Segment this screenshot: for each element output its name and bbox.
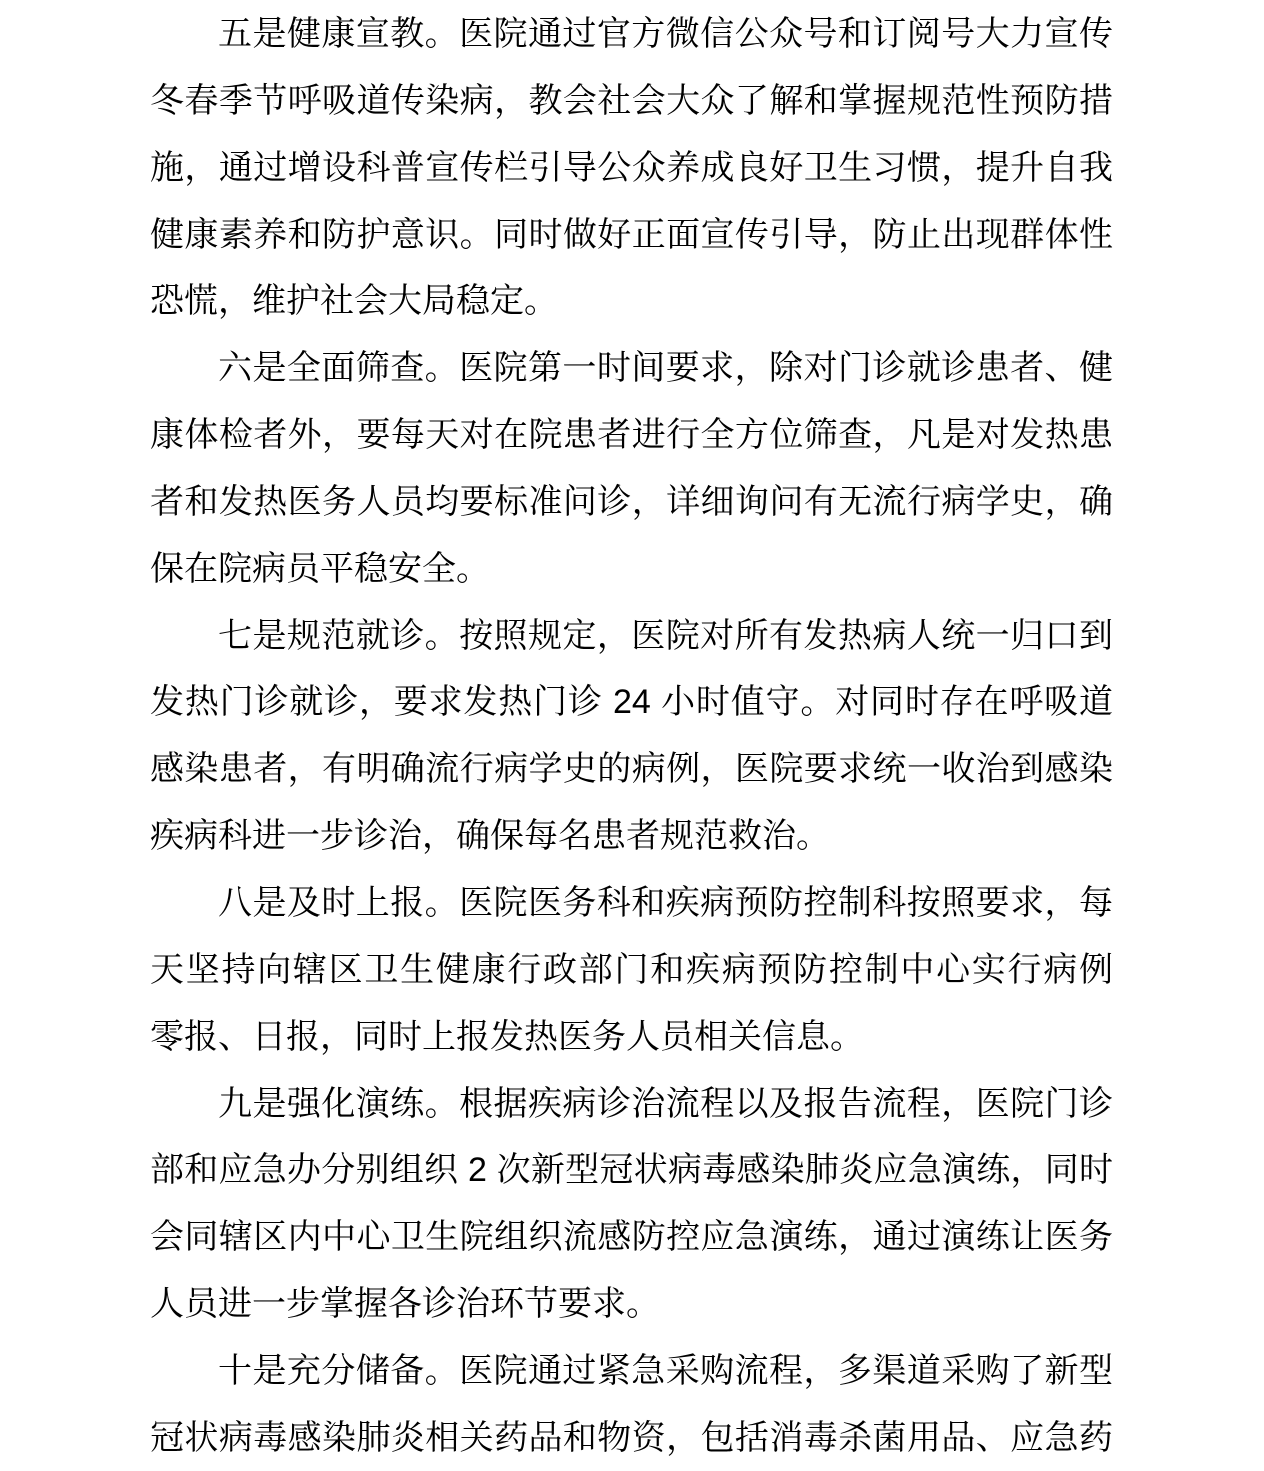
document-content: 五是健康宣教。医院通过官方微信公众号和订阅号大力宣传冬春季节呼吸道传染病，教会社… (150, 1, 1113, 1471)
paragraph-item-10-sufficient-reserves: 十是充分储备。医院通过紧急采购流程，多渠道采购了新型冠状病毒感染肺炎相关药品和物… (150, 1338, 1113, 1471)
text-line: 人员进一步掌握各诊治环节要求。 (150, 1271, 1113, 1338)
text-line: 天坚持向辖区卫生健康行政部门和疾病预防控制中心实行病例 (150, 937, 1113, 1004)
text-line: 六是全面筛查。医院第一时间要求，除对门诊就诊患者、健 (150, 335, 1113, 402)
text-line: 健康素养和防护意识。同时做好正面宣传引导，防止出现群体性 (150, 202, 1113, 269)
text-line: 保在院病员平稳安全。 (150, 536, 1113, 603)
text-line: 疾病科进一步诊治，确保每名患者规范救治。 (150, 803, 1113, 870)
text-line: 七是规范就诊。按照规定，医院对所有发热病人统一归口到 (150, 603, 1113, 670)
paragraph-item-5-health-education: 五是健康宣教。医院通过官方微信公众号和订阅号大力宣传冬春季节呼吸道传染病，教会社… (150, 1, 1113, 335)
text-line: 感染患者，有明确流行病学史的病例，医院要求统一收治到感染 (150, 736, 1113, 803)
paragraph-item-8-timely-reporting: 八是及时上报。医院医务科和疾病预防控制科按照要求，每天坚持向辖区卫生健康行政部门… (150, 870, 1113, 1071)
text-line: 恐慌，维护社会大局稳定。 (150, 268, 1113, 335)
text-line: 冬春季节呼吸道传染病，教会社会大众了解和掌握规范性预防措 (150, 68, 1113, 135)
text-line: 部和应急办分别组织 2 次新型冠状病毒感染肺炎应急演练，同时 (150, 1137, 1113, 1204)
paragraph-item-9-strengthened-drills: 九是强化演练。根据疾病诊治流程以及报告流程，医院门诊部和应急办分别组织 2 次新… (150, 1071, 1113, 1338)
text-line: 十是充分储备。医院通过紧急采购流程，多渠道采购了新型 (150, 1338, 1113, 1405)
document-page: 五是健康宣教。医院通过官方微信公众号和订阅号大力宣传冬春季节呼吸道传染病，教会社… (0, 0, 1264, 1471)
text-line: 零报、日报，同时上报发热医务人员相关信息。 (150, 1004, 1113, 1071)
text-line: 发热门诊就诊，要求发热门诊 24 小时值守。对同时存在呼吸道 (150, 669, 1113, 736)
text-line: 施，通过增设科普宣传栏引导公众养成良好卫生习惯，提升自我 (150, 135, 1113, 202)
paragraph-item-6-comprehensive-screening: 六是全面筛查。医院第一时间要求，除对门诊就诊患者、健康体检者外，要每天对在院患者… (150, 335, 1113, 602)
text-line: 康体检者外，要每天对在院患者进行全方位筛查，凡是对发热患 (150, 402, 1113, 469)
text-line: 九是强化演练。根据疾病诊治流程以及报告流程，医院门诊 (150, 1071, 1113, 1138)
paragraph-item-7-standardized-consultation: 七是规范就诊。按照规定，医院对所有发热病人统一归口到发热门诊就诊，要求发热门诊 … (150, 603, 1113, 870)
text-line: 者和发热医务人员均要标准问诊，详细询问有无流行病学史，确 (150, 469, 1113, 536)
text-line: 冠状病毒感染肺炎相关药品和物资，包括消毒杀菌用品、应急药 (150, 1405, 1113, 1471)
text-line: 五是健康宣教。医院通过官方微信公众号和订阅号大力宣传 (150, 1, 1113, 68)
text-line: 会同辖区内中心卫生院组织流感防控应急演练，通过演练让医务 (150, 1204, 1113, 1271)
text-line: 八是及时上报。医院医务科和疾病预防控制科按照要求，每 (150, 870, 1113, 937)
